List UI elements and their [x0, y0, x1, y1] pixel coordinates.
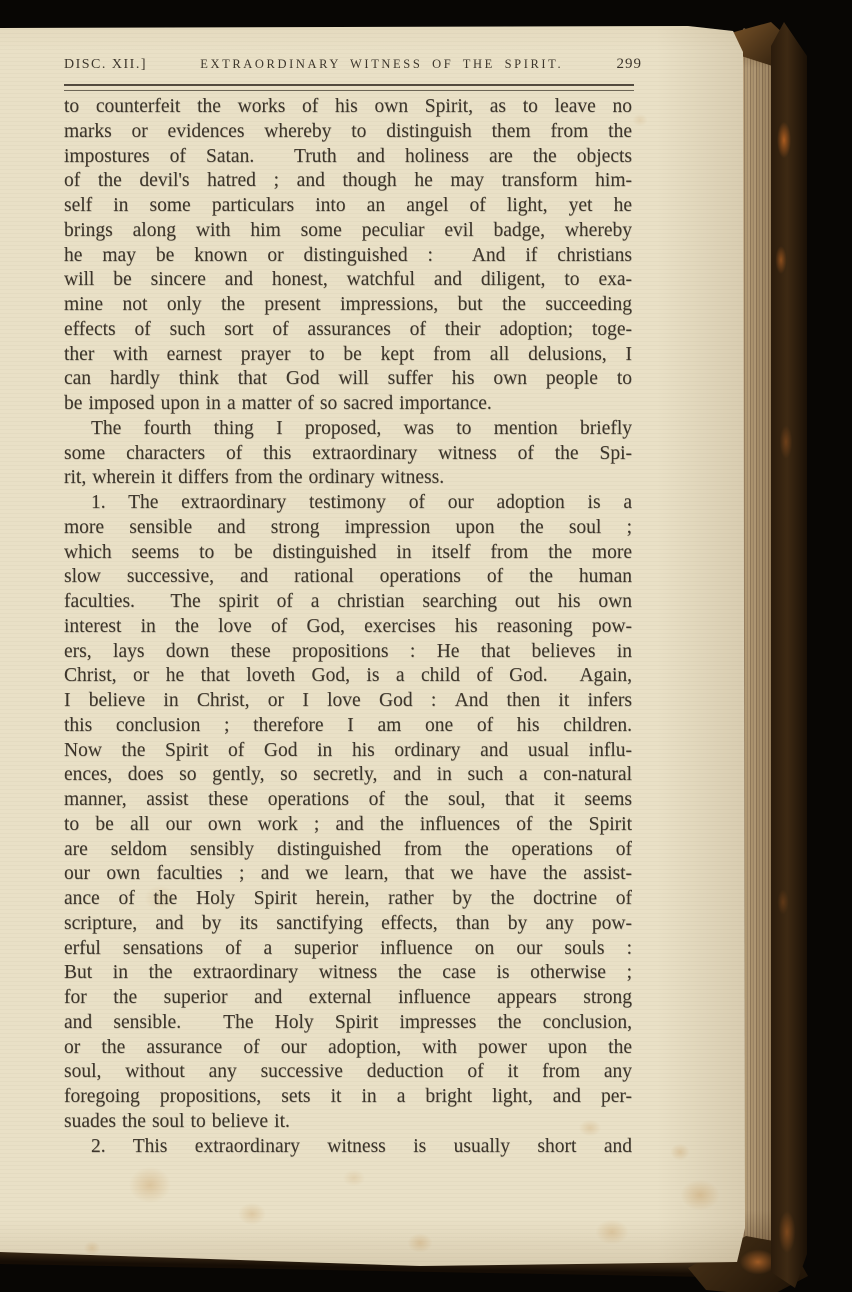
text-line: soul, without any successive deduction o…	[64, 1060, 632, 1085]
text-line: impostures of Satan. Truth and holiness …	[64, 145, 632, 170]
text-line: which seems to be distinguished in itsel…	[64, 541, 632, 566]
text-line: scripture, and by its sanctifying effect…	[64, 912, 632, 937]
text-line: some characters of this extraordinary wi…	[64, 442, 632, 467]
text-line: 2. This extraordinary witness is usually…	[64, 1135, 632, 1160]
text-line: slow successive, and rational operations…	[64, 565, 632, 590]
text-line: I believe in Christ, or I love God : And…	[64, 689, 632, 714]
header-double-rule	[64, 84, 634, 91]
book-page: DISC. XII.] EXTRAORDINARY WITNESS OF THE…	[0, 0, 746, 1270]
text-line: rit, wherein it differs from the ordinar…	[64, 466, 632, 491]
text-line: are seldom sensibly distinguished from t…	[64, 838, 632, 863]
text-line: our own faculties ; and we learn, that w…	[64, 862, 632, 887]
text-line: ers, lays down these propositions : He t…	[64, 640, 632, 665]
text-line: ther with earnest prayer to be kept from…	[64, 343, 632, 368]
text-line: and sensible. The Holy Spirit impresses …	[64, 1011, 632, 1036]
text-line: can hardly think that God will suffer hi…	[64, 367, 632, 392]
text-line: manner, assist these operations of the s…	[64, 788, 632, 813]
text-line: to counterfeit the works of his own Spir…	[64, 95, 632, 120]
body-text: to counterfeit the works of his own Spir…	[64, 95, 632, 1159]
text-line: or the assurance of our adoption, with p…	[64, 1036, 632, 1061]
text-line: faculties. The spirit of a christian sea…	[64, 590, 632, 615]
text-line: The fourth thing I proposed, was to ment…	[64, 417, 632, 442]
text-line: erful sensations of a superior influence…	[64, 937, 632, 962]
header-page-number: 299	[617, 56, 643, 73]
text-line: marks or evidences whereby to distinguis…	[64, 120, 632, 145]
book-photo: DISC. XII.] EXTRAORDINARY WITNESS OF THE…	[0, 0, 852, 1292]
text-line: Now the Spirit of God in his ordinary an…	[64, 739, 632, 764]
text-line: But in the extraordinary witness the cas…	[64, 961, 632, 986]
text-line: to be all our own work ; and the influen…	[64, 813, 632, 838]
text-line: this conclusion ; therefore I am one of …	[64, 714, 632, 739]
text-line: more sensible and strong impression upon…	[64, 516, 632, 541]
text-line: self in some particulars into an angel o…	[64, 194, 632, 219]
text-line: brings along with him some peculiar evil…	[64, 219, 632, 244]
text-line: will be sincere and honest, watchful and…	[64, 268, 632, 293]
text-line: be imposed upon in a matter of so sacred…	[64, 392, 632, 417]
text-line: mine not only the present impressions, b…	[64, 293, 632, 318]
text-line: 1. The extraordinary testimony of our ad…	[64, 491, 632, 516]
text-line: ance of the Holy Spirit herein, rather b…	[64, 887, 632, 912]
text-line: Christ, or he that loveth God, is a chil…	[64, 664, 632, 689]
text-line: foregoing propositions, sets it in a bri…	[64, 1085, 632, 1110]
text-line: for the superior and external influence …	[64, 986, 632, 1011]
text-line: suades the soul to believe it.	[64, 1110, 632, 1135]
page-header: DISC. XII.] EXTRAORDINARY WITNESS OF THE…	[64, 56, 642, 73]
text-line: effects of such sort of assurances of th…	[64, 318, 632, 343]
cover-edge	[771, 22, 807, 1288]
text-line: he may be known or distinguished : And i…	[64, 244, 632, 269]
header-title: EXTRAORDINARY WITNESS OF THE SPIRIT.	[147, 57, 617, 72]
text-line: ences, does so gently, so secretly, and …	[64, 763, 632, 788]
text-line: of the devil's hatred ; and though he ma…	[64, 169, 632, 194]
header-disc-label: DISC. XII.]	[64, 57, 147, 73]
text-line: interest in the love of God, exercises h…	[64, 615, 632, 640]
